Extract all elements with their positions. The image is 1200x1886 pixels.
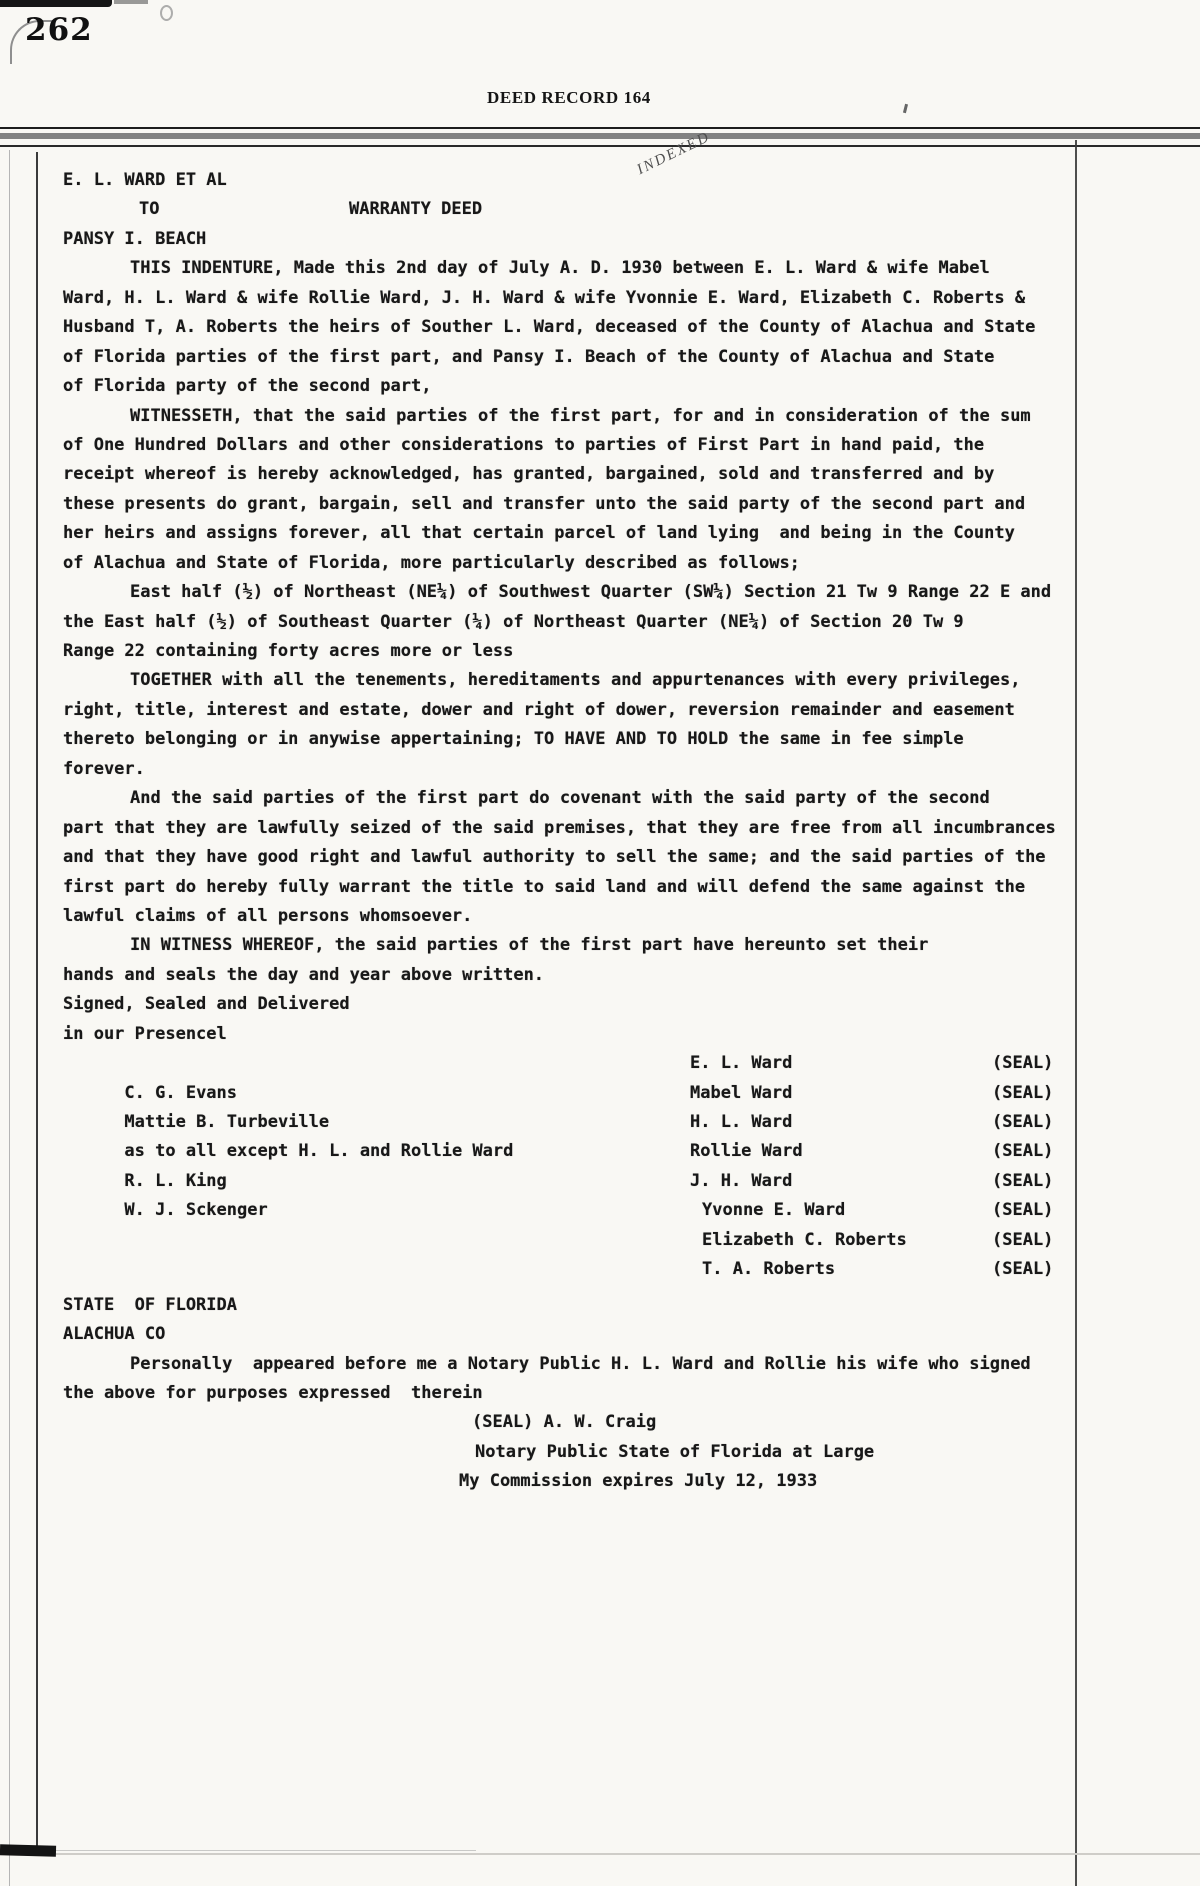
signer-name: Elizabeth C. Roberts — [702, 1226, 907, 1255]
signature-row: Elizabeth C. Roberts (SEAL) — [63, 1226, 1073, 1255]
notary-title: Notary Public State of Florida at Large — [475, 1438, 874, 1467]
body-line: TOGETHER with all the tenements, heredit… — [63, 666, 1073, 695]
signature-row: T. A. Roberts (SEAL) — [63, 1255, 1073, 1284]
right-margin-rule — [1075, 140, 1077, 1886]
body-line: THIS INDENTURE, Made this 2nd day of Jul… — [63, 254, 1073, 283]
legal-description-line: the East half (½) of Southeast Quarter (… — [63, 608, 1073, 637]
attestation-line: Signed, Sealed and Delivered — [63, 990, 1073, 1019]
scan-smear-top-2 — [114, 0, 148, 4]
signer-name: Yvonne E. Ward — [702, 1196, 845, 1225]
body-line: of One Hundred Dollars and other conside… — [63, 431, 1073, 460]
page-edge-line — [9, 150, 10, 1886]
body-line: part that they are lawfully seized of th… — [63, 814, 1073, 843]
notary-state: STATE OF FLORIDA — [63, 1291, 1073, 1320]
body-line: hands and seals the day and year above w… — [63, 961, 1073, 990]
signature-row: C. G. Evans E. L. Ward (SEAL) — [63, 1049, 1073, 1078]
body-line: IN WITNESS WHEREOF, the said parties of … — [63, 931, 1073, 960]
signature-row: W. J. Sckenger J. H. Ward (SEAL) — [63, 1167, 1073, 1196]
caption-row: TO WARRANTY DEED — [63, 195, 1073, 224]
notary-signature: (SEAL) A. W. Craig — [472, 1408, 656, 1437]
body-line: of Florida parties of the first part, an… — [63, 343, 1073, 372]
signer-name: H. L. Ward — [690, 1108, 792, 1137]
header-rule-thin-bottom — [0, 145, 1200, 147]
body-line: and that they have good right and lawful… — [63, 843, 1073, 872]
body-line: of Florida party of the second part, — [63, 372, 1073, 401]
signer-name: T. A. Roberts — [702, 1255, 835, 1284]
body-line: her heirs and assigns forever, all that … — [63, 519, 1073, 548]
scan-smear-top — [0, 0, 112, 7]
scan-smear-bottom — [0, 1844, 56, 1856]
notary-commission-row: My Commission expires July 12, 1933 — [63, 1467, 1073, 1496]
seal-label: (SEAL) — [992, 1255, 1053, 1284]
scan-tick-mark — [903, 104, 908, 113]
instrument-title: WARRANTY DEED — [349, 195, 482, 224]
header-rule-thick — [0, 133, 1200, 139]
seal-label: (SEAL) — [992, 1108, 1053, 1137]
deed-text-block: E. L. WARD ET AL TO WARRANTY DEED PANSY … — [63, 166, 1073, 1497]
deed-record-page: 262 DEED RECORD 164 INDEXED E. L. WARD E… — [0, 0, 1200, 1886]
seal-label: (SEAL) — [992, 1196, 1053, 1225]
scan-speck — [160, 5, 173, 21]
body-line: thereto belonging or in anywise appertai… — [63, 725, 1073, 754]
body-line: Husband T, A. Roberts the heirs of South… — [63, 313, 1073, 342]
seal-label: (SEAL) — [992, 1137, 1053, 1166]
caption-to-label: TO — [139, 195, 159, 224]
signer-name: Rollie Ward — [690, 1137, 803, 1166]
bottom-page-line-faint — [56, 1850, 476, 1851]
body-line: lawful claims of all persons whomsoever. — [63, 902, 1073, 931]
signature-row: Yvonne E. Ward (SEAL) — [63, 1196, 1073, 1225]
seal-label: (SEAL) — [992, 1226, 1053, 1255]
signer-name: J. H. Ward — [690, 1167, 792, 1196]
seal-label: (SEAL) — [992, 1079, 1053, 1108]
page-number: 262 — [25, 12, 93, 48]
seal-label: (SEAL) — [992, 1167, 1053, 1196]
bottom-page-line — [0, 1853, 1200, 1855]
grantor-name: E. L. WARD ET AL — [63, 166, 1073, 195]
grantee-name: PANSY I. BEACH — [63, 225, 1073, 254]
signature-row: as to all except H. L. and Rollie Ward H… — [63, 1108, 1073, 1137]
header-rule-thin-top — [0, 127, 1200, 129]
body-line: WITNESSETH, that the said parties of the… — [63, 402, 1073, 431]
body-line: right, title, interest and estate, dower… — [63, 696, 1073, 725]
body-line: receipt whereof is hereby acknowledged, … — [63, 460, 1073, 489]
body-line: of Alachua and State of Florida, more pa… — [63, 549, 1073, 578]
signature-row: R. L. King Rollie Ward (SEAL) — [63, 1137, 1073, 1166]
attestation-line: in our Presencel — [63, 1020, 1073, 1049]
notary-commission: My Commission expires July 12, 1933 — [459, 1467, 817, 1496]
body-line: forever. — [63, 755, 1073, 784]
book-title-header: DEED RECORD 164 — [487, 88, 651, 108]
notary-line: the above for purposes expressed therein — [63, 1379, 1073, 1408]
notary-title-row: Notary Public State of Florida at Large — [63, 1438, 1073, 1467]
body-line: And the said parties of the first part d… — [63, 784, 1073, 813]
signer-name: E. L. Ward — [690, 1049, 792, 1078]
legal-description-line: Range 22 containing forty acres more or … — [63, 637, 1073, 666]
legal-description-line: East half (½) of Northeast (NE¼) of Sout… — [63, 578, 1073, 607]
notary-county: ALACHUA CO — [63, 1320, 1073, 1349]
signature-row: Mattie B. Turbeville Mabel Ward (SEAL) — [63, 1079, 1073, 1108]
body-line: these presents do grant, bargain, sell a… — [63, 490, 1073, 519]
body-line: Ward, H. L. Ward & wife Rollie Ward, J. … — [63, 284, 1073, 313]
signer-name: Mabel Ward — [690, 1079, 792, 1108]
notary-seal-row: (SEAL) A. W. Craig — [63, 1408, 1073, 1437]
notary-line: Personally appeared before me a Notary P… — [63, 1350, 1073, 1379]
body-line: first part do hereby fully warrant the t… — [63, 873, 1073, 902]
seal-label: (SEAL) — [992, 1049, 1053, 1078]
left-margin-rule — [36, 152, 38, 1852]
